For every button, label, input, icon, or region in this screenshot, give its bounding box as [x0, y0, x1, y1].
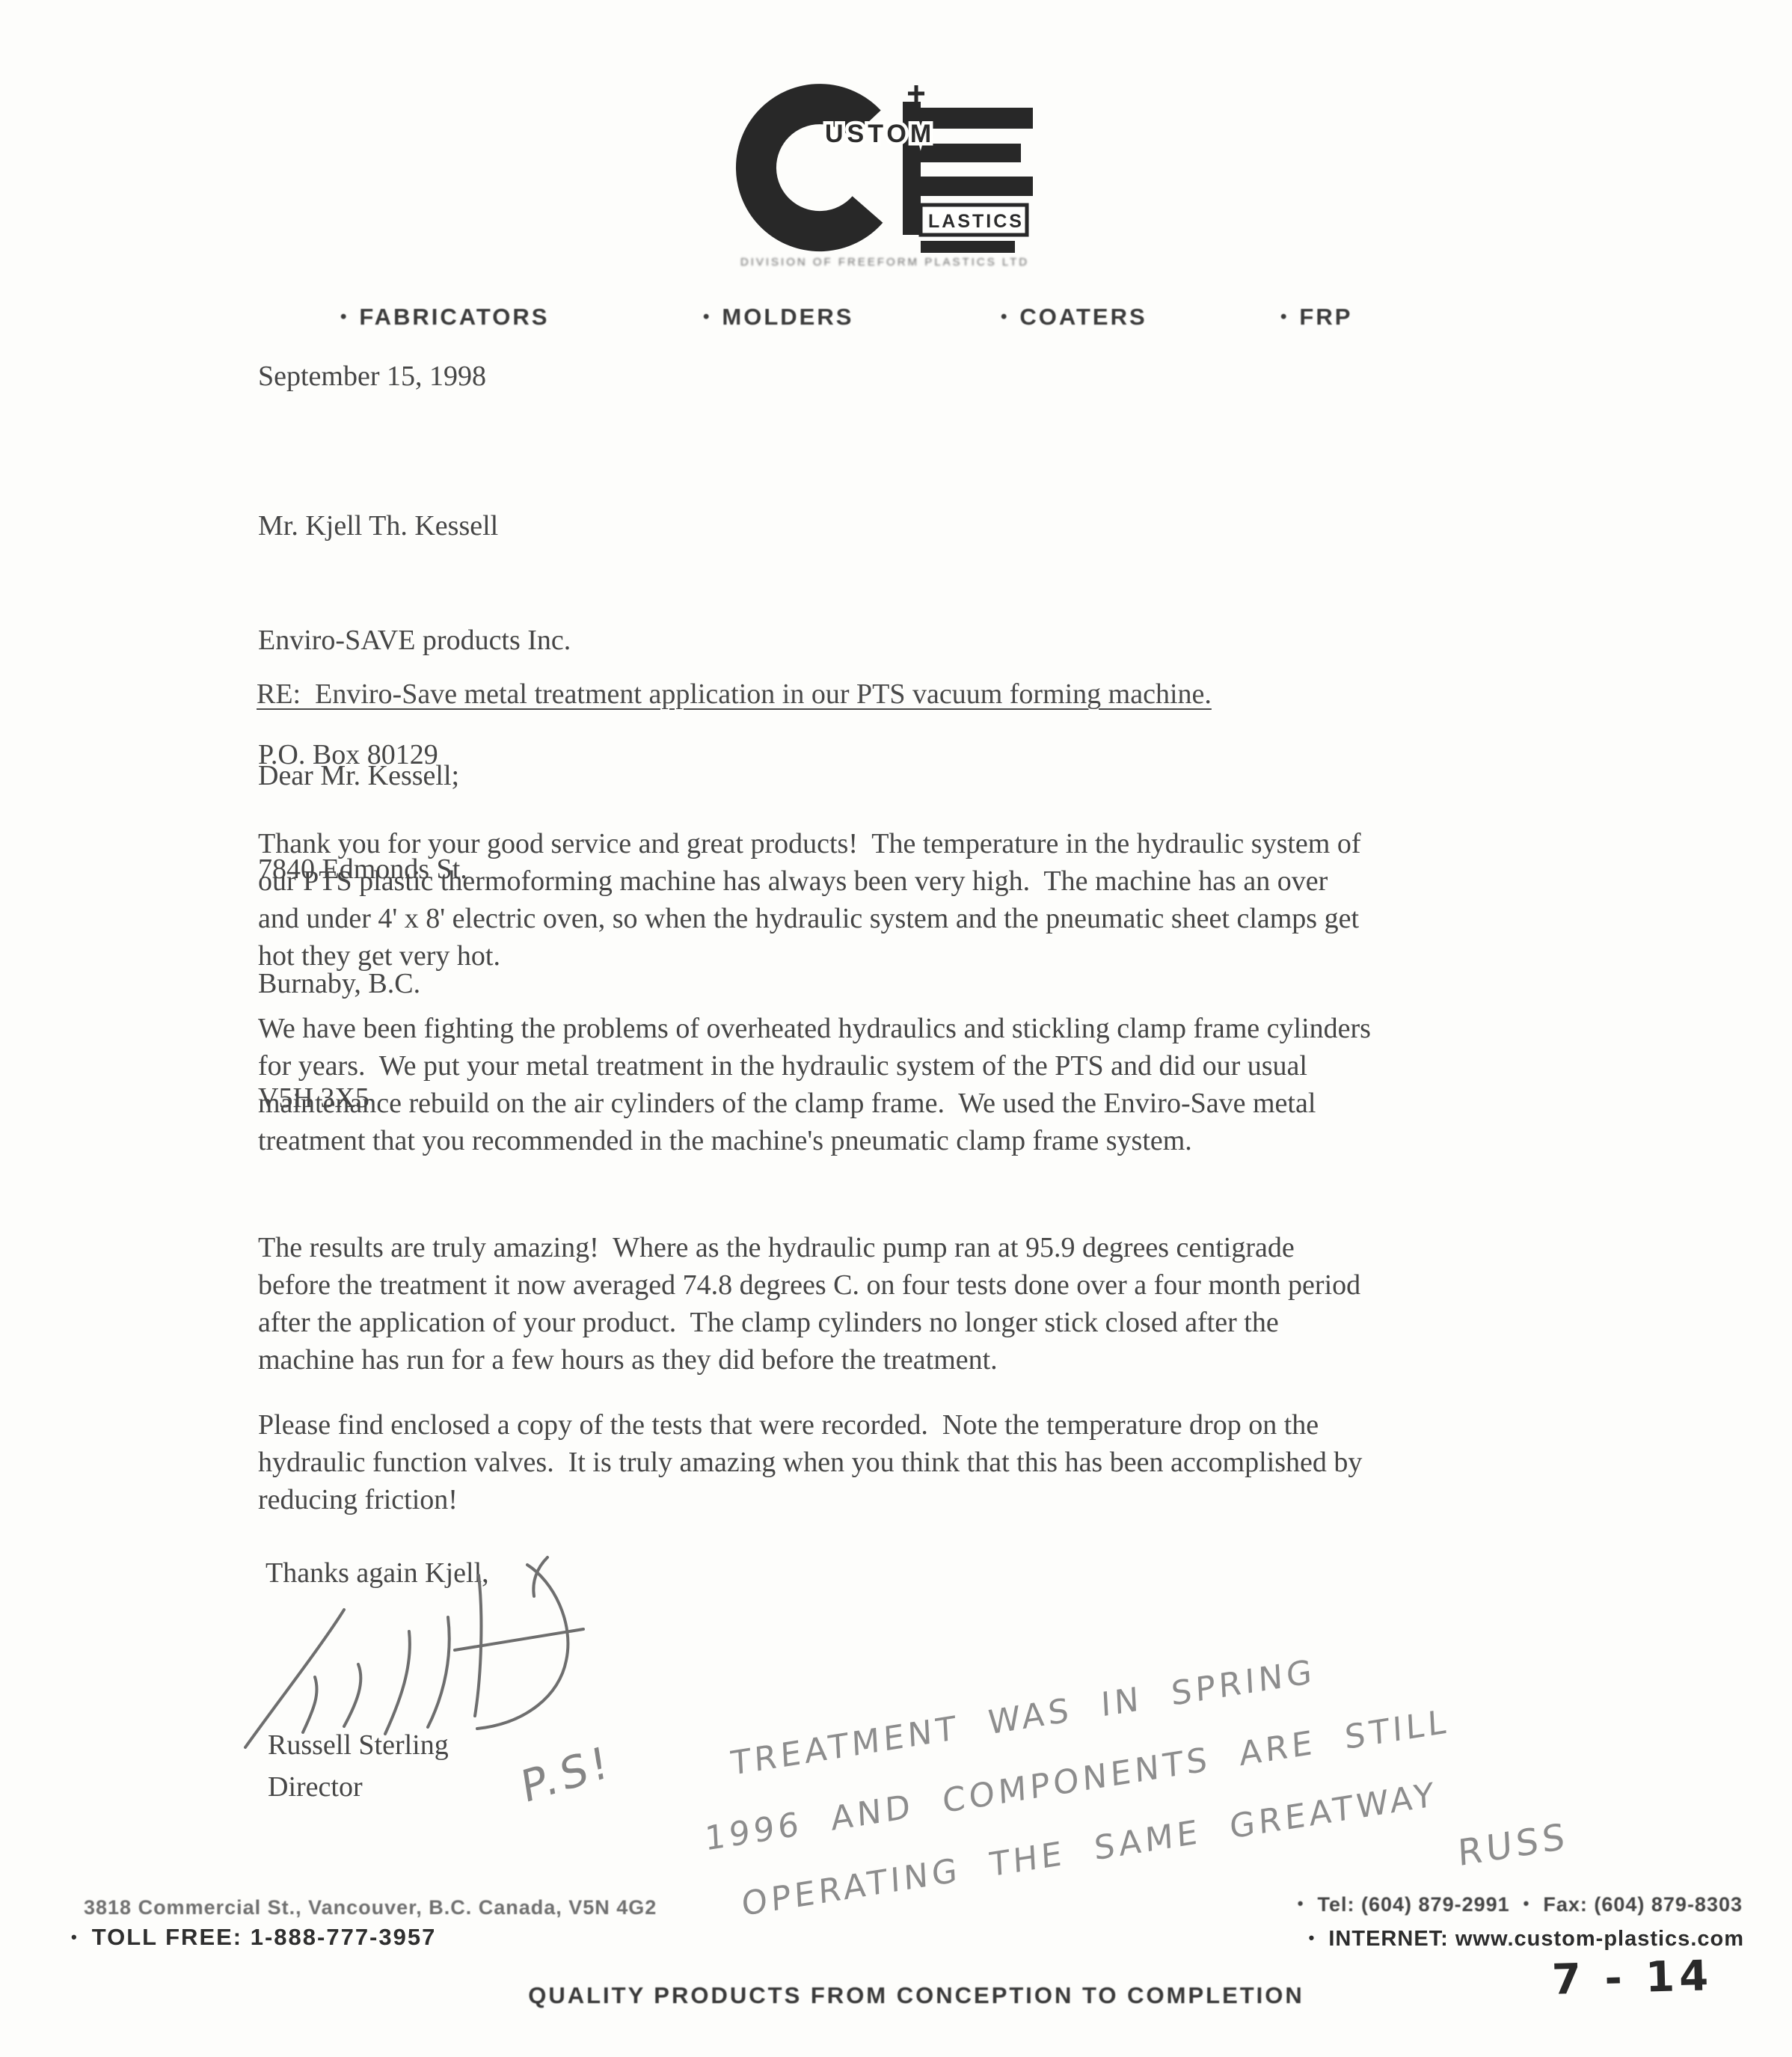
tagline-coaters: •COATERS — [1001, 304, 1147, 331]
subject-line: RE: Enviro-Save metal treatment applicat… — [257, 675, 1378, 713]
body-paragraph-4: Please find enclosed a copy of the tests… — [258, 1406, 1372, 1518]
tagline-fabricators: •FABRICATORS — [340, 304, 549, 331]
custom-plastics-logo: USTOM LASTICS — [729, 81, 1036, 263]
tagline-frp: •FRP — [1280, 304, 1352, 331]
bullet-icon: • — [71, 1928, 92, 1946]
footer-tel-fax: •Tel: (604) 879-2991•Fax: (604) 879-8303 — [1284, 1893, 1743, 1916]
logo-stripe — [921, 144, 1021, 162]
bullet-icon: • — [703, 307, 711, 327]
body-paragraph-2: We have been fighting the problems of ov… — [258, 1010, 1372, 1159]
logo-lastics-text: LASTICS — [928, 211, 1024, 232]
salutation: Dear Mr. Kessell; — [258, 757, 459, 794]
date-line: September 15, 1998 — [258, 358, 486, 395]
footer-slogan: QUALITY PRODUCTS FROM CONCEPTION TO COMP… — [359, 1982, 1473, 2009]
logo-stripe — [921, 177, 1033, 196]
body-paragraph-1: Thank you for your good service and grea… — [258, 825, 1372, 975]
signer-name: Russell Sterling — [268, 1726, 449, 1764]
handwritten-page-number: 7 - 14 — [1551, 1952, 1713, 2005]
footer-toll-free: •TOLL FREE: 1-888-777-3957 — [71, 1924, 436, 1951]
logo-stripe — [921, 241, 1015, 253]
footer-tel: Tel: (604) 879-2991 — [1318, 1893, 1510, 1916]
bullet-icon: • — [1001, 307, 1009, 327]
logo-custom-text: USTOM — [825, 120, 935, 148]
bullet-icon: • — [1280, 307, 1289, 327]
body-paragraph-3: The results are truly amazing! Where as … — [258, 1229, 1372, 1379]
bullet-icon: • — [1295, 1928, 1329, 1947]
footer-address: 3818 Commercial St., Vancouver, B.C. Can… — [84, 1896, 657, 1919]
footer-fax: Fax: (604) 879-8303 — [1543, 1893, 1743, 1916]
scanned-letter-page: USTOM LASTICS DIVISION OF FREEFORM PLAST… — [0, 0, 1792, 2057]
footer-internet: •INTERNET: www.custom-plastics.com — [1295, 1927, 1744, 1952]
recipient-line: Mr. Kjell Th. Kessell — [258, 507, 571, 547]
bullet-icon: • — [340, 307, 349, 327]
bullet-icon: • — [1510, 1894, 1544, 1913]
recipient-line: Enviro-SAVE products Inc. — [258, 622, 571, 661]
logo-plus-mark — [908, 85, 924, 102]
signer-title: Director — [268, 1768, 363, 1806]
bullet-icon: • — [1284, 1894, 1318, 1913]
logo-division-line: DIVISION OF FREEFORM PLASTICS LTD — [702, 256, 1068, 269]
logo-stripe — [921, 108, 1033, 129]
tagline-molders: •MOLDERS — [703, 304, 853, 331]
